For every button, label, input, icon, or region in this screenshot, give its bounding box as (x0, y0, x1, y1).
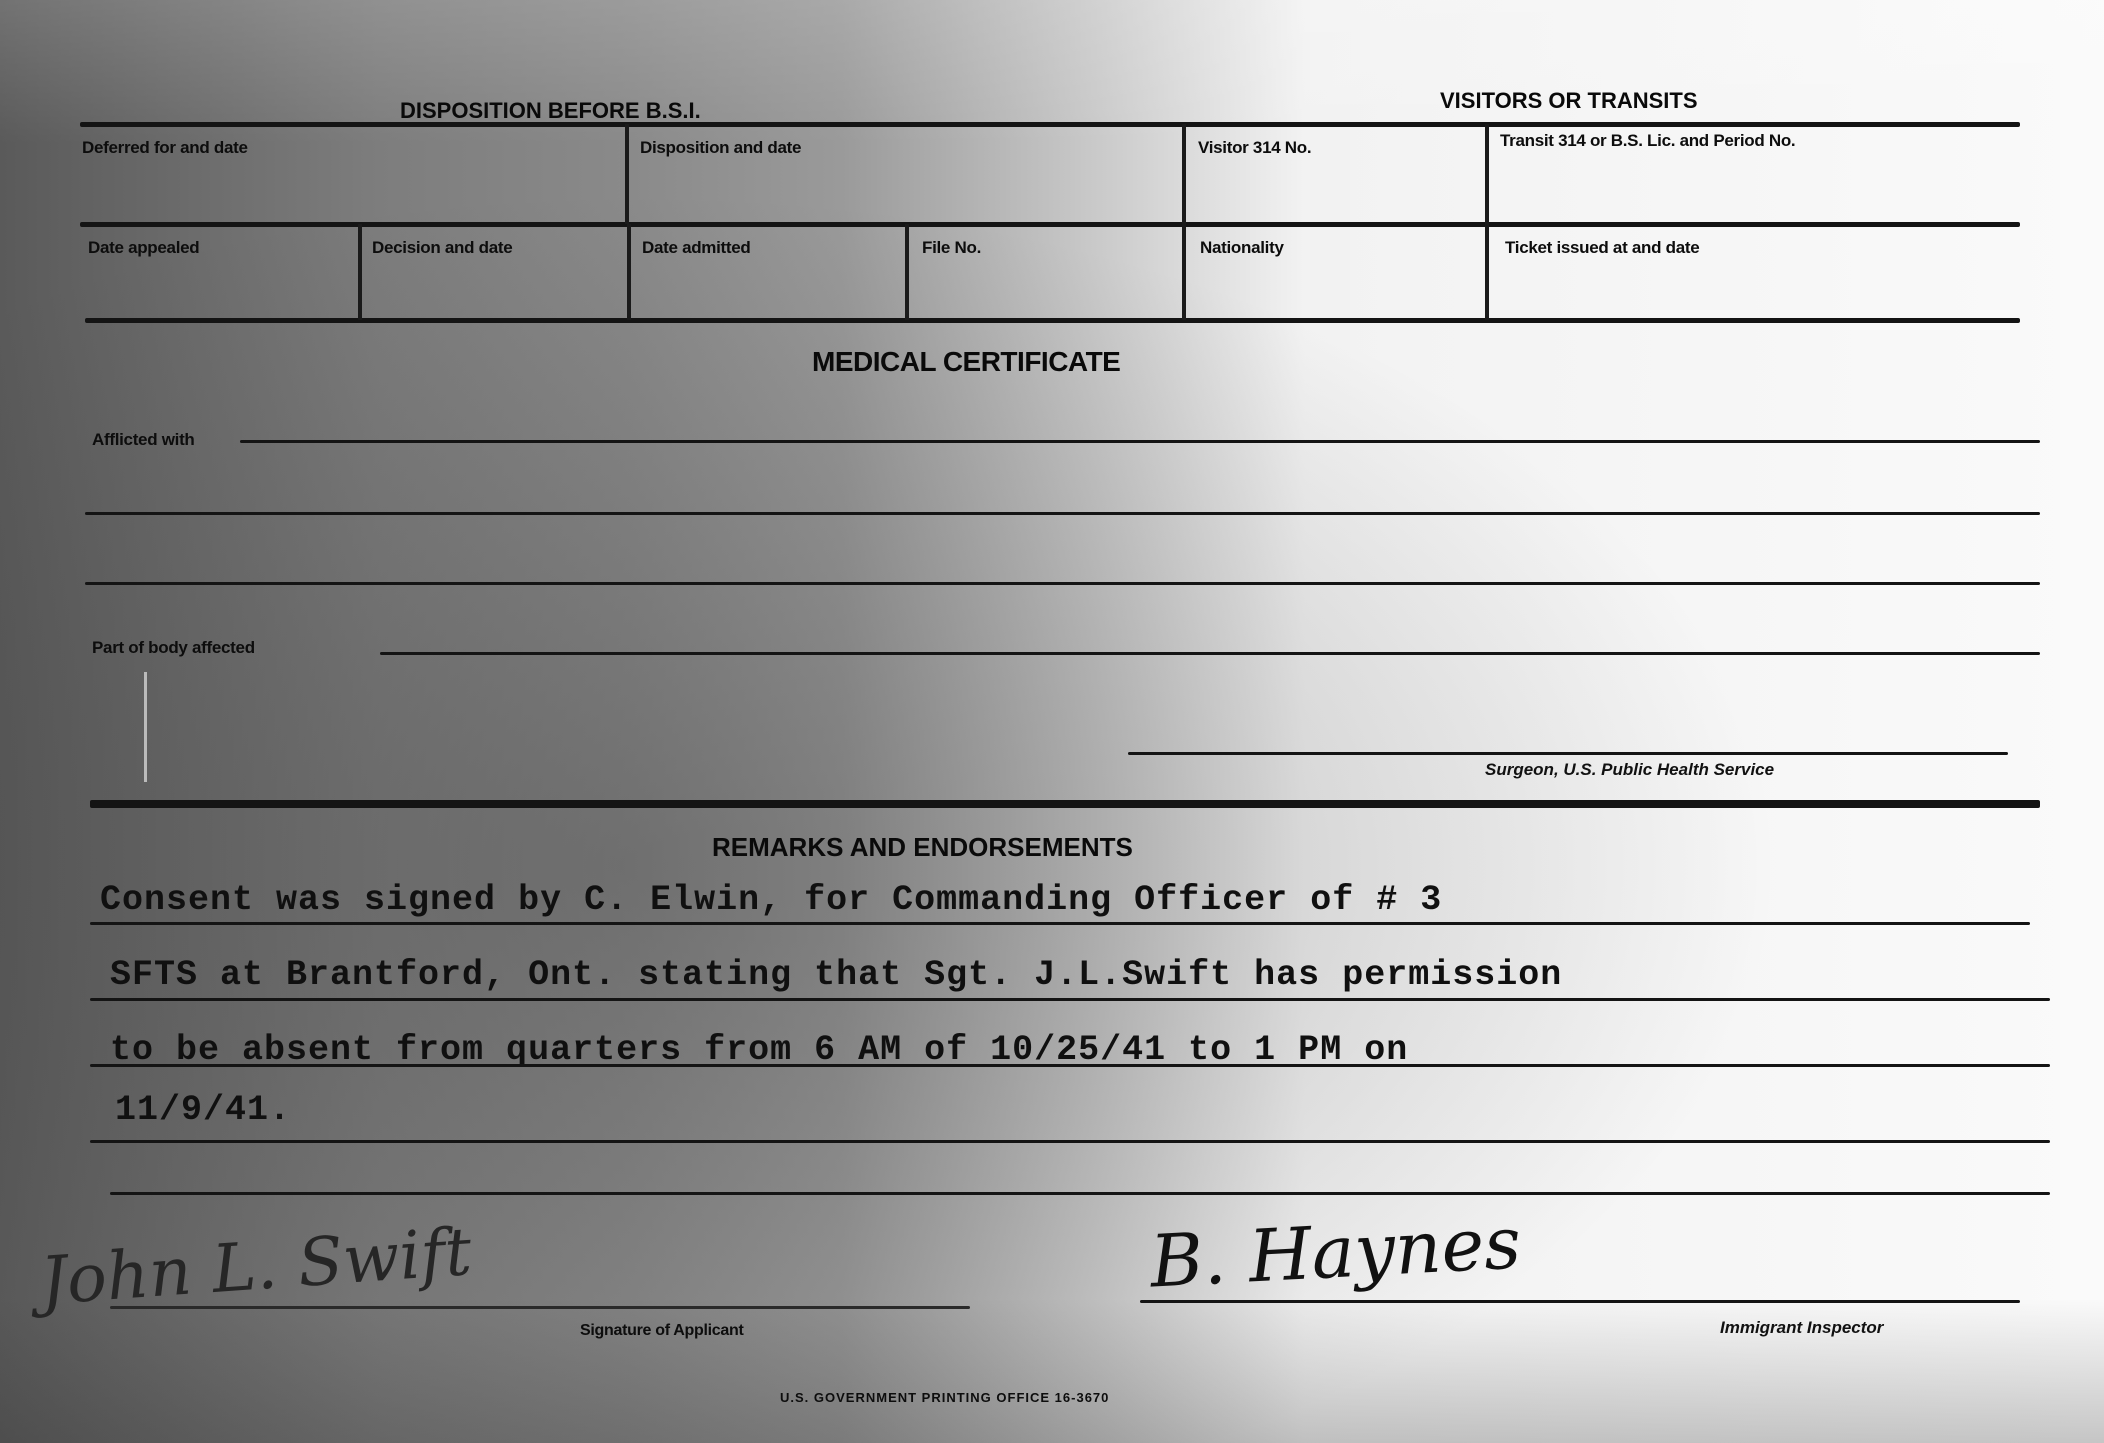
row2-divider (627, 224, 631, 320)
remarks-rule (90, 922, 2030, 925)
deferred-field[interactable] (82, 162, 617, 217)
remarks-title: REMARKS AND ENDORSEMENTS (712, 832, 1133, 863)
remarks-rule (90, 998, 2050, 1001)
file-no-label: File No. (922, 238, 981, 258)
inspector-signature: B. Haynes (1148, 1200, 1523, 1303)
afflicted-label: Afflicted with (92, 430, 195, 450)
afflicted-line-2 (85, 512, 2040, 515)
row2-divider (358, 224, 362, 320)
deferred-label: Deferred for and date (82, 138, 248, 158)
nationality-label: Nationality (1200, 238, 1284, 258)
remarks-line-2: SFTS at Brantford, Ont. stating that Sgt… (110, 955, 1562, 995)
margin-mark (144, 672, 147, 782)
afflicted-line-3 (85, 582, 2040, 585)
printer-line: U.S. GOVERNMENT PRINTING OFFICE 16-3670 (780, 1390, 1109, 1405)
body-part-field[interactable] (380, 624, 2020, 654)
body-part-label: Part of body affected (92, 638, 255, 658)
file-no-field[interactable] (922, 262, 1177, 314)
disposition-title: DISPOSITION BEFORE B.S.I. (400, 98, 701, 124)
disposition-label: Disposition and date (640, 138, 801, 158)
applicant-signature: John L. Swift (38, 1213, 474, 1320)
visitors-title: VISITORS OR TRANSITS (1440, 88, 1698, 114)
grid-mid-line (80, 222, 2020, 227)
medical-title: MEDICAL CERTIFICATE (812, 346, 1120, 378)
remarks-rule (90, 1064, 2050, 1067)
nationality-field[interactable] (1200, 262, 1478, 314)
remarks-rule (90, 1140, 2050, 1143)
remarks-line-4: 11/9/41. (115, 1090, 291, 1130)
ticket-field[interactable] (1505, 262, 2005, 314)
row1-divider (625, 124, 629, 224)
grid-top-line (80, 122, 2020, 127)
visitor-no-label: Visitor 314 No. (1198, 138, 1311, 158)
surgeon-caption: Surgeon, U.S. Public Health Service (1485, 760, 1774, 780)
col-divider-ticket (1485, 124, 1489, 320)
date-appealed-field[interactable] (88, 262, 350, 314)
remarks-rule (110, 1192, 2050, 1195)
body-part-line (380, 652, 2040, 655)
date-appealed-label: Date appealed (88, 238, 199, 258)
transit-label: Transit 314 or B.S. Lic. and Period No. (1500, 130, 1860, 152)
ticket-label: Ticket issued at and date (1505, 238, 1699, 258)
surgeon-signature-line (1128, 752, 2008, 755)
section-divider (90, 800, 2040, 808)
applicant-caption: Signature of Applicant (580, 1322, 743, 1340)
row2-divider (905, 224, 909, 320)
disposition-field[interactable] (640, 162, 1175, 217)
inspector-signature-line (1140, 1300, 2020, 1303)
date-admitted-field[interactable] (642, 262, 897, 314)
remarks-line-1: Consent was signed by C. Elwin, for Comm… (100, 880, 1442, 920)
decision-label: Decision and date (372, 238, 512, 258)
transit-field[interactable] (1500, 180, 2000, 218)
grid-bottom-line (85, 318, 2020, 323)
inspector-caption: Immigrant Inspector (1720, 1318, 1883, 1338)
date-admitted-label: Date admitted (642, 238, 751, 258)
afflicted-line (240, 440, 2040, 443)
col-divider-nationality (1182, 124, 1186, 320)
visitor-no-field[interactable] (1198, 162, 1478, 217)
applicant-signature-line (110, 1306, 970, 1309)
decision-field[interactable] (372, 262, 620, 314)
